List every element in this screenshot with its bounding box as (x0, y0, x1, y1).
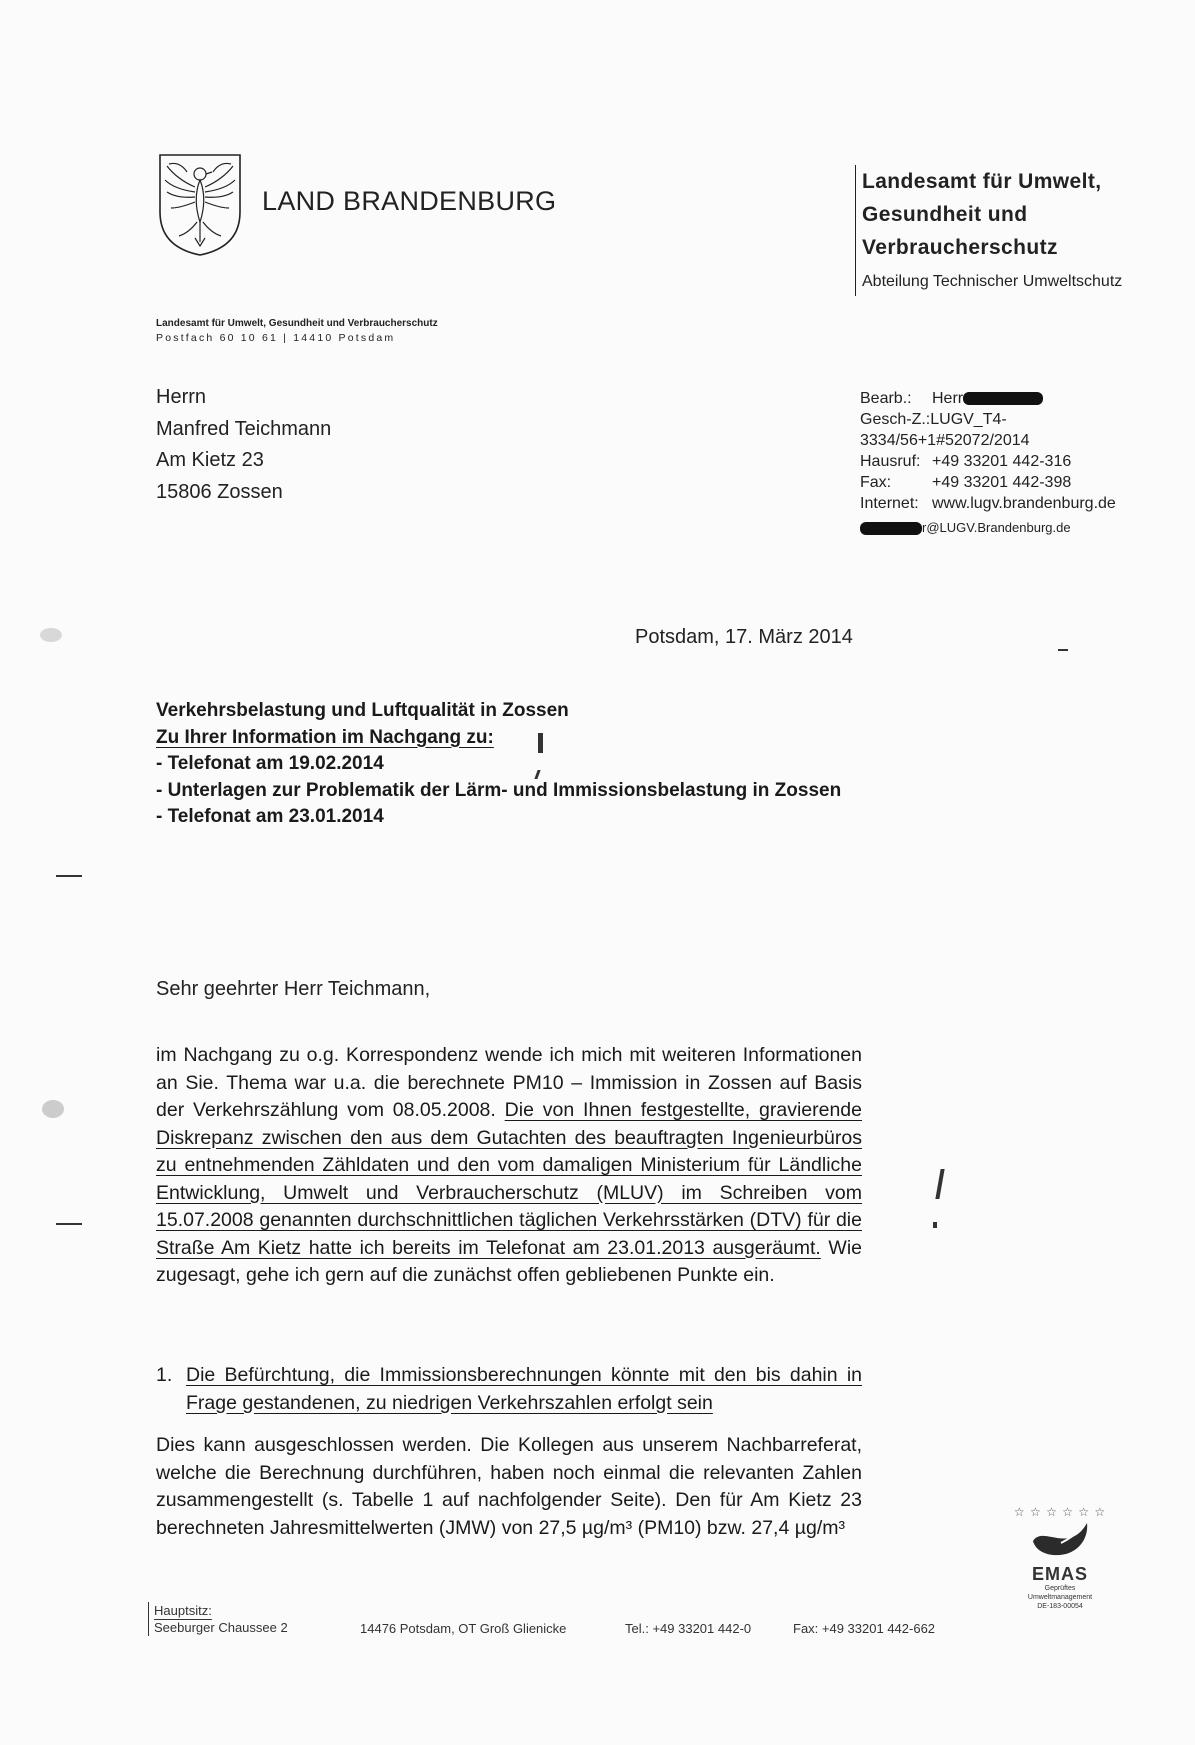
redaction-mark (860, 522, 922, 535)
recipient-salutation: Herrn (156, 382, 331, 414)
agency-name-line: Gesundheit und (862, 198, 1122, 231)
contact-reference-cont: 3334/56+1#52072/2014 (860, 430, 1116, 451)
subject-bullet: - Telefonat am 19.02.2014 (156, 751, 841, 778)
emas-registration: DE-183-00054 (1010, 1602, 1110, 1611)
handwritten-mark (538, 733, 543, 753)
fold-mark (56, 875, 82, 877)
email-link[interactable]: r@LUGV.Brandenburg.de (922, 520, 1071, 535)
body-paragraph: im Nachgang zu o.g. Korrespondenz wende … (156, 1042, 862, 1290)
point-number: 1. (156, 1362, 172, 1390)
contact-email: r@LUGV.Brandenburg.de (860, 517, 1116, 538)
letter-date: Potsdam, 17. März 2014 (635, 626, 853, 649)
subject-bullet: - Unterlagen zur Problematik der Lärm- u… (156, 778, 841, 805)
recipient-street: Am Kietz 23 (156, 445, 331, 477)
underlined-passage: Die von Ihnen festgestellte, gravierende… (156, 1099, 862, 1259)
eu-stars-icon: ☆ ☆ ☆ ☆ ☆ ☆ (1010, 1505, 1110, 1519)
website-link[interactable]: www.lugv.brandenburg.de (932, 495, 1116, 512)
contact-fax: Fax:+49 33201 442-398 (860, 472, 1116, 493)
emas-word: EMAS (1010, 1564, 1110, 1584)
subject-title: Verkehrsbelastung und Luftqualität in Zo… (156, 698, 841, 725)
contact-phone: Hausruf:+49 33201 442-316 (860, 451, 1116, 472)
footer-fax: Fax: +49 33201 442-662 (793, 1621, 935, 1636)
agency-name-line: Verbraucherschutz (862, 231, 1122, 264)
footer-hq: Hauptsitz: Seeburger Chaussee 2 (148, 1602, 288, 1636)
fold-mark (56, 1223, 82, 1225)
point-heading: Die Befürchtung, die Immissionsberechnun… (186, 1362, 862, 1417)
agency-block: Landesamt für Umwelt, Gesundheit und Ver… (855, 165, 1122, 296)
redaction-mark (963, 392, 1043, 405)
department: Abteilung Technischer Umweltschutz (862, 268, 1122, 296)
contact-internet: Internet:www.lugv.brandenburg.de (860, 493, 1116, 514)
brandenburg-eagle-crest-icon (157, 152, 243, 258)
state-name: LAND BRANDENBURG (262, 186, 556, 217)
margin-mark (1058, 649, 1068, 651)
agency-name-line: Landesamt für Umwelt, (862, 165, 1122, 198)
emas-leaf-icon (1029, 1519, 1091, 1559)
numbered-point: 1. Die Befürchtung, die Immissionsberech… (156, 1362, 862, 1417)
handwritten-mark (935, 1169, 944, 1199)
emas-subtitle: Geprüftes (1010, 1584, 1110, 1593)
sender-address: Postfach 60 10 61 | 14410 Potsdam (156, 332, 395, 344)
handwritten-mark (933, 1222, 937, 1228)
recipient-name: Manfred Teichmann (156, 414, 331, 446)
contact-reference: Gesch-Z.:LUGV_T4- (860, 409, 1116, 430)
subject-bullet: - Telefonat am 23.01.2014 (156, 804, 841, 831)
footer-phone: Tel.: +49 33201 442-0 (625, 1621, 751, 1636)
hole-punch (40, 628, 62, 642)
contact-block: Bearb.:Herr Gesch-Z.:LUGV_T4- 3334/56+1#… (860, 388, 1116, 538)
contact-bearb: Bearb.:Herr (860, 388, 1116, 409)
footer-city: 14476 Potsdam, OT Groß Glienicke (360, 1621, 566, 1636)
emas-logo: ☆ ☆ ☆ ☆ ☆ ☆ EMAS Geprüftes Umweltmanagem… (1010, 1505, 1110, 1611)
sender-name: Landesamt für Umwelt, Gesundheit und Ver… (156, 318, 438, 329)
greeting: Sehr geehrter Herr Teichmann, (156, 978, 430, 1001)
recipient-address: Herrn Manfred Teichmann Am Kietz 23 1580… (156, 382, 331, 508)
footer-hq-label: Hauptsitz: (154, 1602, 288, 1619)
hole-punch (42, 1100, 64, 1118)
recipient-city: 15806 Zossen (156, 477, 331, 509)
subject-intro: Zu Ihrer Information im Nachgang zu: (156, 725, 841, 752)
footer-street: Seeburger Chaussee 2 (154, 1619, 288, 1636)
subject-block: Verkehrsbelastung und Luftqualität in Zo… (156, 698, 841, 831)
emas-subtitle: Umweltmanagement (1010, 1593, 1110, 1602)
body-paragraph: Dies kann ausgeschlossen werden. Die Kol… (156, 1432, 862, 1542)
